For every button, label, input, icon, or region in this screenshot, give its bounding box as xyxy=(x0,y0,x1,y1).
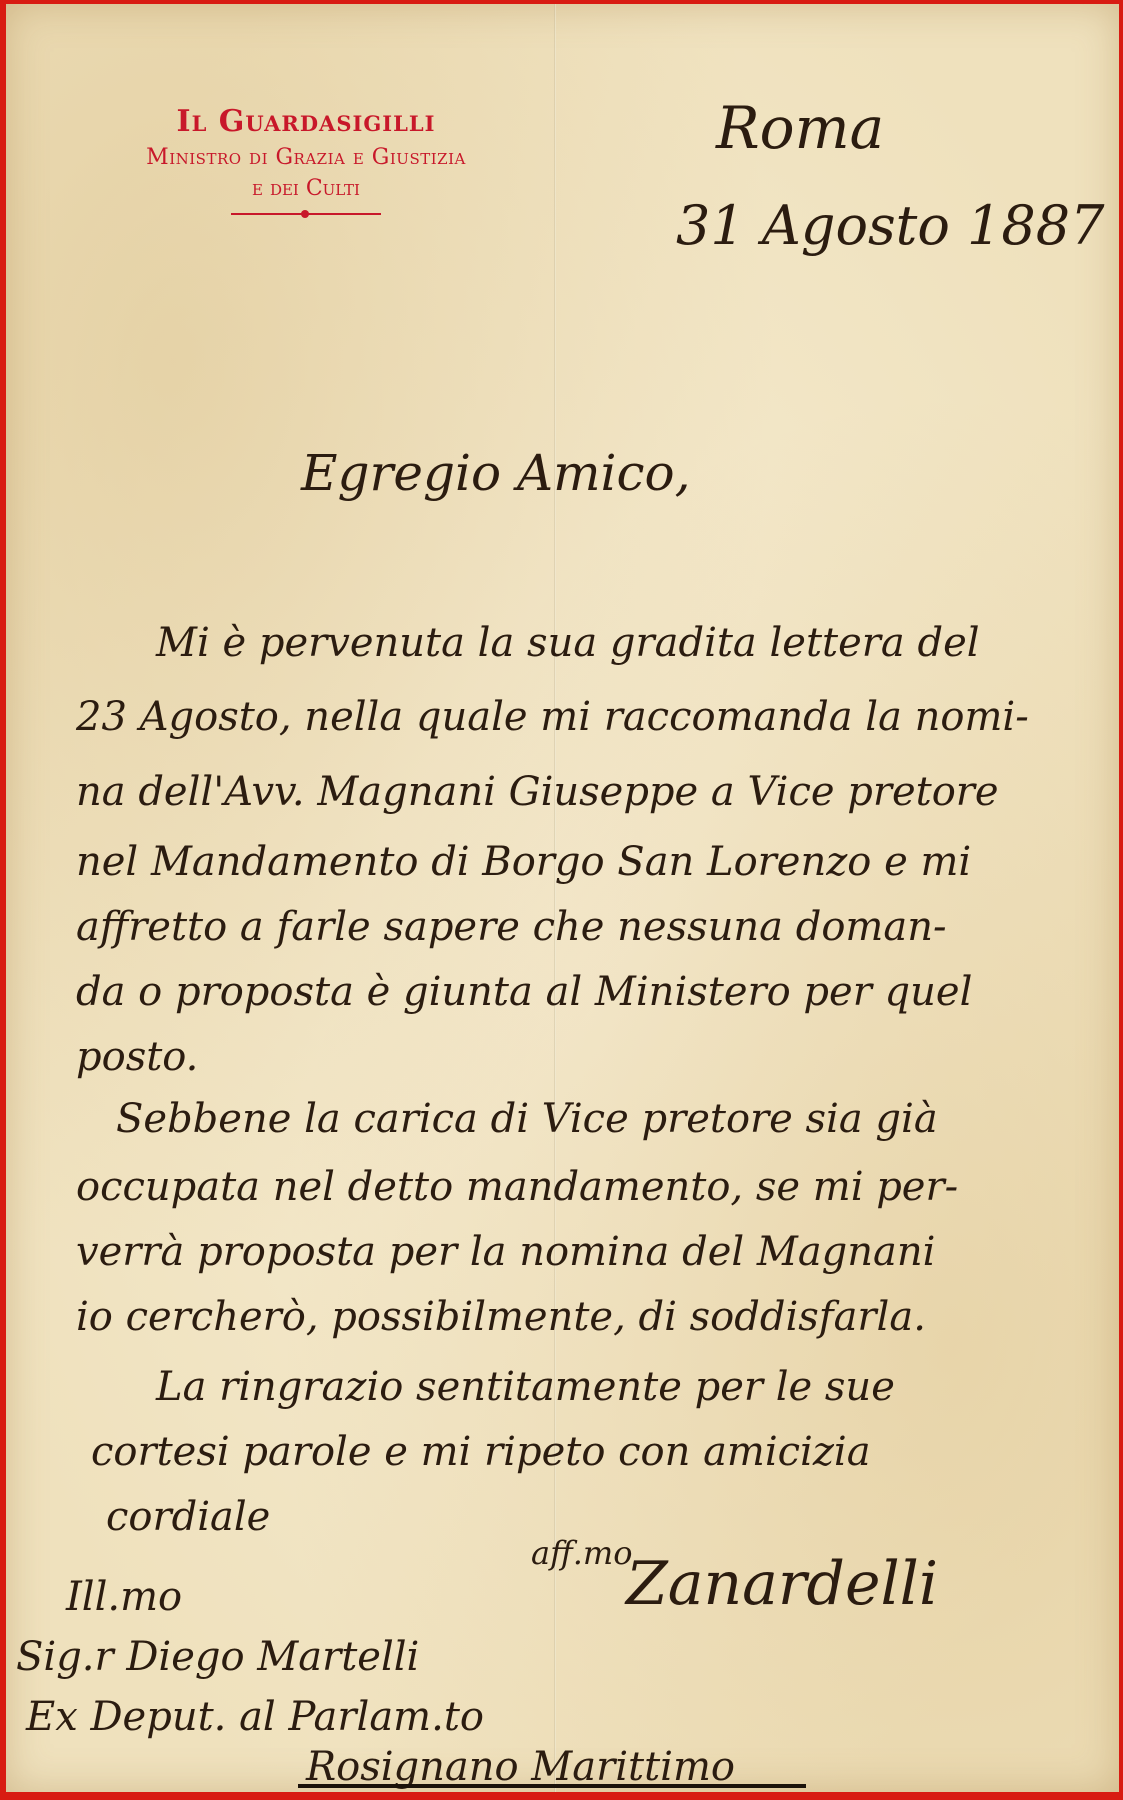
letter-sheet: Il Guardasigilli Ministro di Grazia e Gi… xyxy=(6,4,1119,1792)
salutation: Egregio Amico, xyxy=(301,444,691,502)
signature: Zanardelli xyxy=(626,1549,938,1619)
body-line: na dell'Avv. Magnani Giuseppe a Vice pre… xyxy=(76,769,999,815)
closing-abbrev: aff.mo xyxy=(531,1534,633,1572)
body-line: cortesi parole e mi ripeto con amicizia xyxy=(91,1429,871,1475)
body-line: posto. xyxy=(76,1034,198,1080)
body-line: cordiale xyxy=(106,1494,270,1540)
body-line: occupata nel detto mandamento, se mi per… xyxy=(76,1164,958,1210)
ornament-dot xyxy=(301,210,309,218)
addressee-title: Ex Deput. al Parlam.to xyxy=(26,1694,484,1740)
ornament-divider-icon xyxy=(231,209,381,219)
letterhead-title: Il Guardasigilli xyxy=(66,104,546,139)
addressee-name: Sig.r Diego Martelli xyxy=(16,1634,419,1680)
paper-fold xyxy=(554,4,556,1792)
body-line: da o proposta è giunta al Ministero per … xyxy=(76,969,972,1015)
body-line: Sebbene la carica di Vice pretore sia gi… xyxy=(116,1096,938,1142)
place: Roma xyxy=(716,94,884,162)
letterhead-culti: e dei Culti xyxy=(66,176,546,201)
body-line: 23 Agosto, nella quale mi raccomanda la … xyxy=(76,694,1029,740)
body-line: La ringrazio sentitamente per le sue xyxy=(156,1364,895,1410)
date: 31 Agosto 1887 xyxy=(676,194,1104,257)
location-underline xyxy=(298,1784,806,1788)
body-line: verrà proposta per la nomina del Magnani xyxy=(76,1229,935,1275)
letterhead: Il Guardasigilli Ministro di Grazia e Gi… xyxy=(66,104,546,219)
body-line: affretto a farle sapere che nessuna doma… xyxy=(76,904,946,950)
letterhead-ministry: Ministro di Grazia e Giustizia xyxy=(66,145,546,170)
addressee-honorific: Ill.mo xyxy=(66,1574,182,1620)
body-line: nel Mandamento di Borgo San Lorenzo e mi xyxy=(76,839,971,885)
body-line: io cercherò, possibilmente, di soddisfar… xyxy=(76,1294,926,1340)
body-line: Mi è pervenuta la sua gradita lettera de… xyxy=(156,620,980,666)
